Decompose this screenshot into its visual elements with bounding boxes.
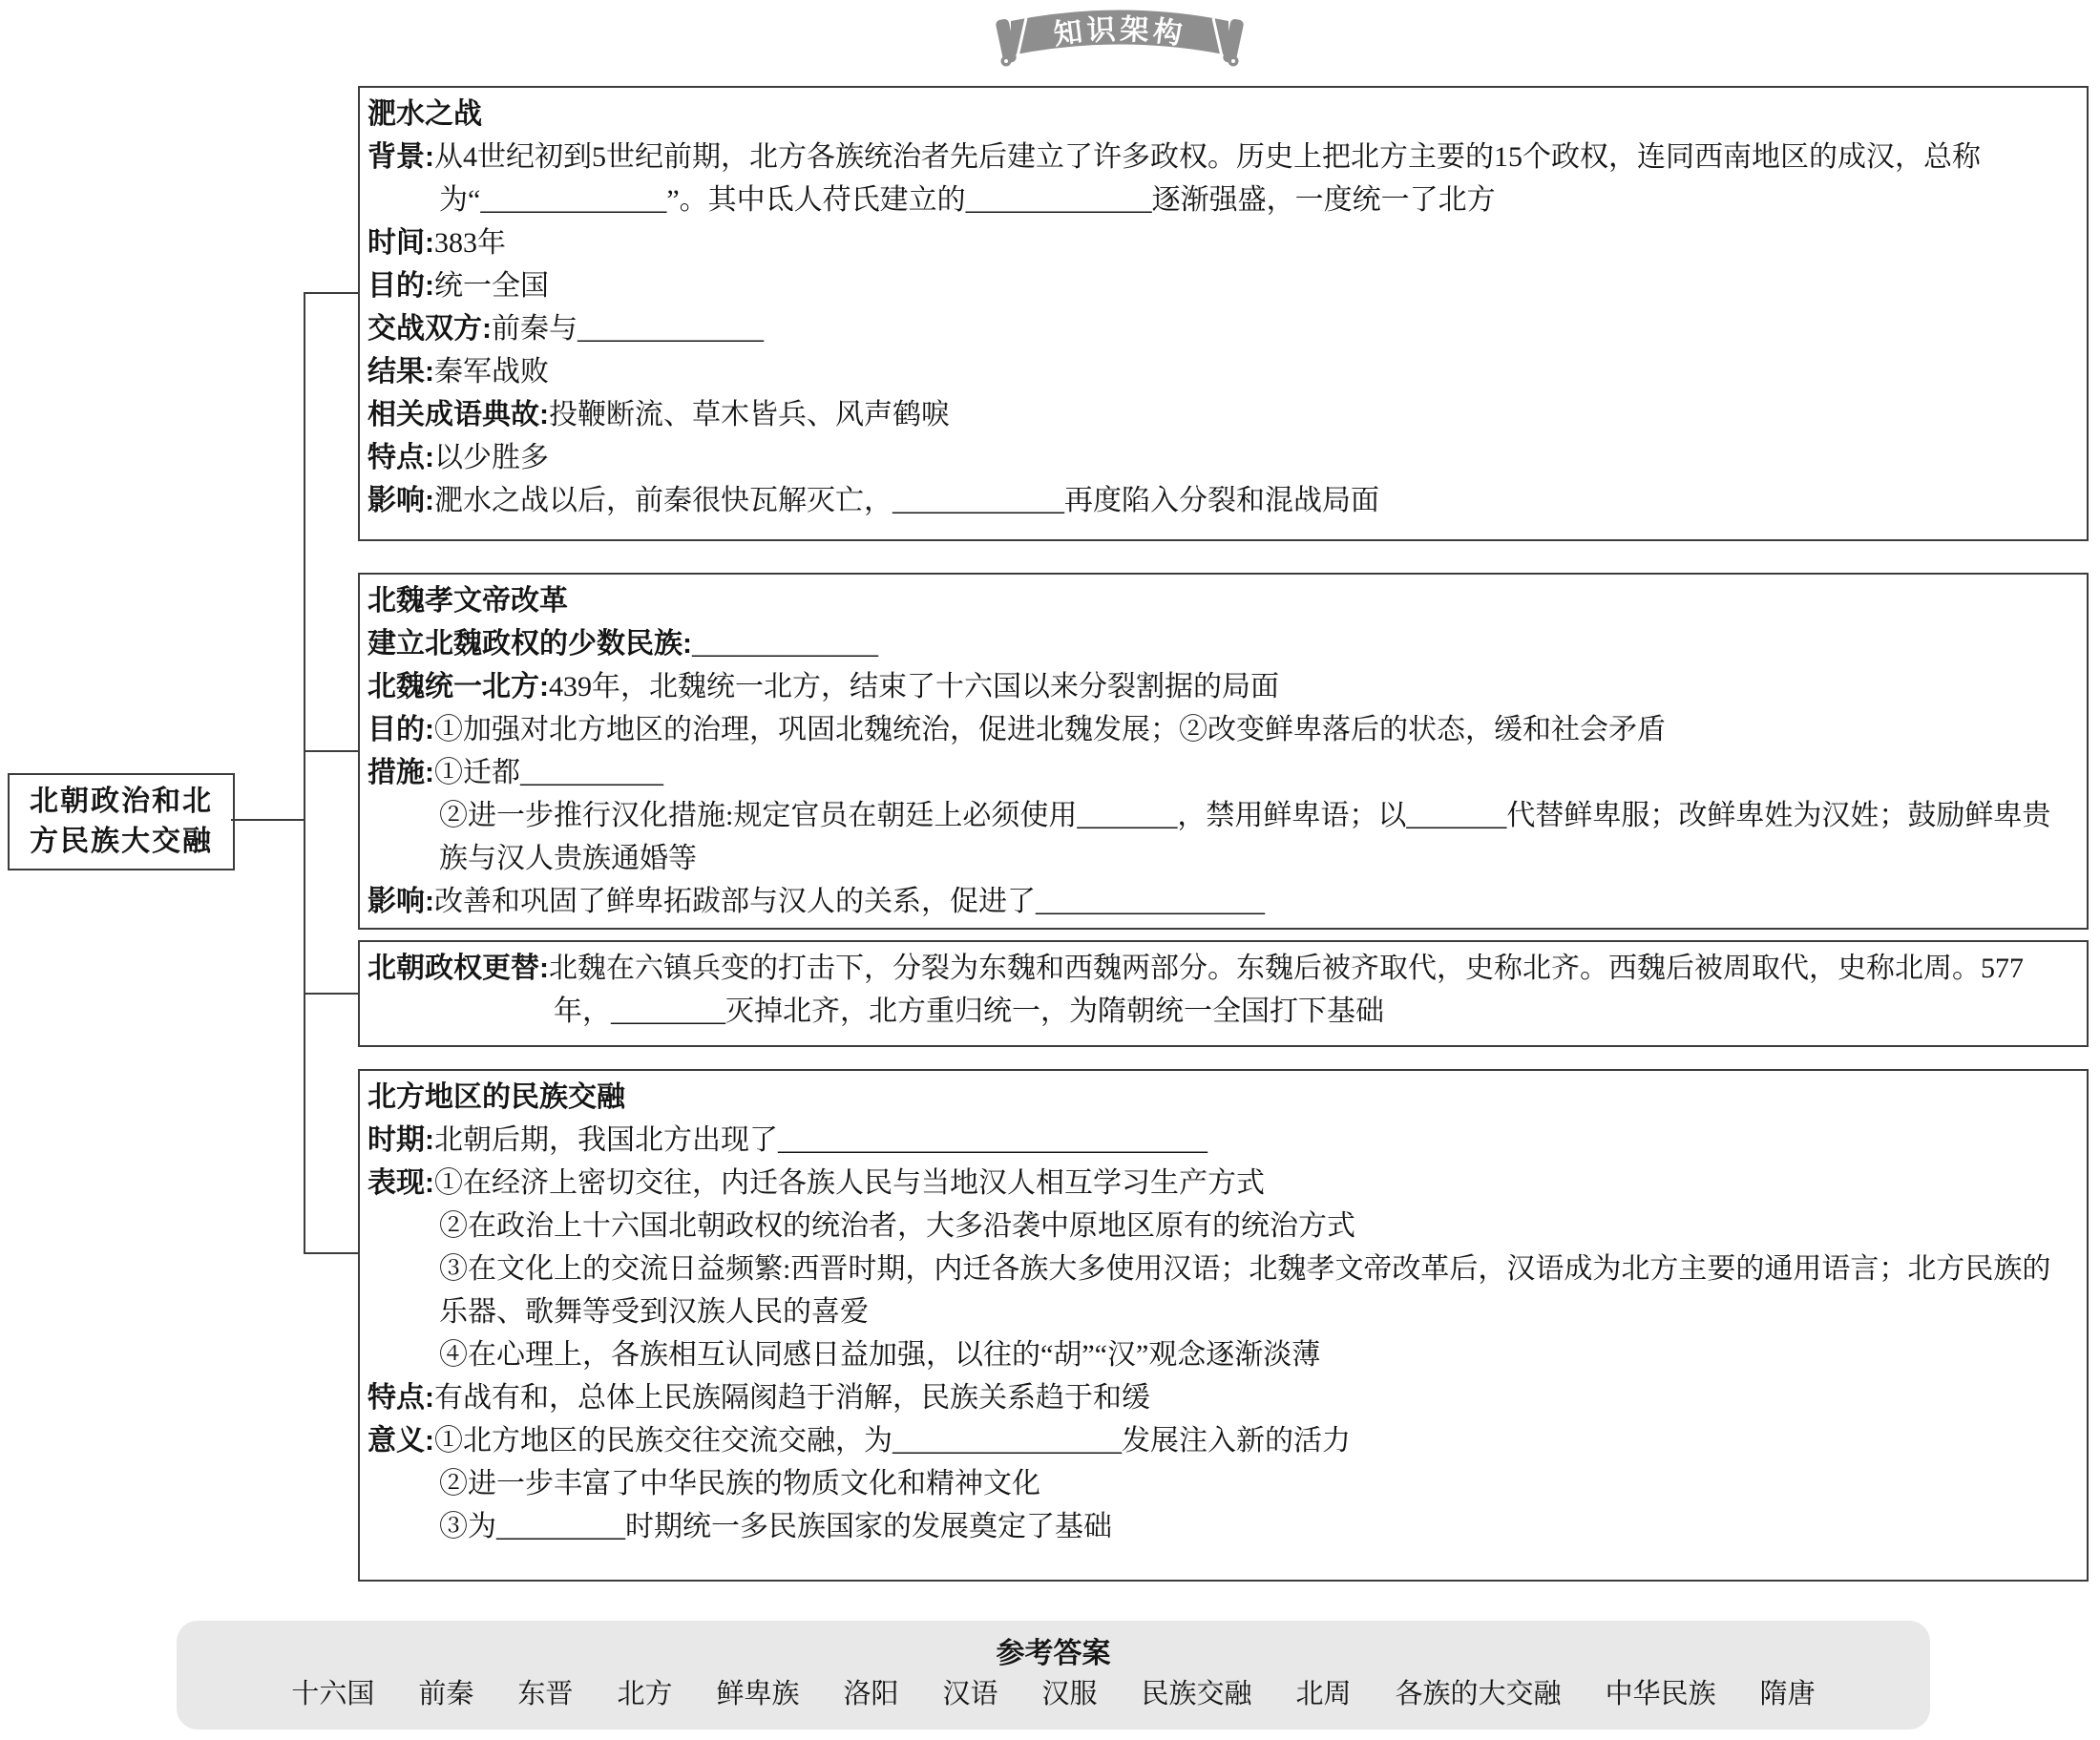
entry-label: 北魏孝文帝改革	[367, 585, 568, 617]
connector-trunk-vertical	[304, 292, 305, 1254]
entry-text: _____________	[692, 628, 878, 660]
root-topic-box: 北朝政治和北 方民族大交融	[8, 773, 235, 870]
entry-text: ③在文化上的交流日益频繁:西晋时期，内迁各族大多使用汉语；北魏孝文帝改革后，汉语…	[439, 1253, 2050, 1328]
answer-item: 十六国	[291, 1673, 374, 1715]
entry-text: 从4世纪初到5世纪前期，北方各族统治者先后建立了许多政权。历史上把北方主要的15…	[434, 141, 1981, 216]
entry-label: 北方地区的民族交融	[367, 1081, 625, 1113]
entry-text: ①北方地区的民族交往交流交融，为________________发展注入新的活力	[434, 1425, 1351, 1457]
entry-text: ②进一步推行汉化措施:规定官员在朝廷上必须使用_______，禁用鲜卑语；以__…	[439, 800, 2050, 874]
answer-item: 中华民族	[1606, 1673, 1716, 1715]
entry-text: ①加强对北方地区的治理，巩固北魏统治，促进北魏发展；②改变鲜卑落后的状态，缓和社…	[434, 714, 1666, 745]
entry-line: 目的:统一全国	[367, 264, 2079, 307]
entry-line: 淝水之战	[367, 93, 2079, 136]
connector-branch-2	[304, 750, 360, 752]
entry-line: 目的:①加强对北方地区的治理，巩固北魏统治，促进北魏发展；②改变鲜卑落后的状态，…	[367, 708, 2079, 751]
entry-line: ④在心理上，各族相互认同感日益加强，以往的“胡”“汉”观念逐渐淡薄	[367, 1333, 2079, 1376]
answer-item: 汉语	[942, 1673, 997, 1715]
entry-label: 特点:	[367, 442, 434, 473]
entry-text: 改善和巩固了鲜卑拓跋部与汉人的关系，促进了________________	[434, 886, 1265, 917]
answer-item: 汉服	[1042, 1673, 1098, 1715]
entry-line: ②在政治上十六国北朝政权的统治者，大多沿袭中原地区原有的统治方式	[367, 1205, 2079, 1247]
reference-answers-panel: 参考答案 十六国前秦东晋北方鲜卑族洛阳汉语汉服民族交融北周各族的大交融中华民族隋…	[177, 1621, 1930, 1730]
entry-line: ②进一步推行汉化措施:规定官员在朝廷上必须使用_______，禁用鲜卑语；以__…	[367, 794, 2079, 880]
answer-item: 隋唐	[1760, 1673, 1816, 1715]
answer-item: 各族的大交融	[1396, 1673, 1562, 1715]
answer-item: 东晋	[517, 1673, 573, 1715]
box-feishui-battle: 淝水之战背景:从4世纪初到5世纪前期，北方各族统治者先后建立了许多政权。历史上把…	[358, 86, 2089, 541]
entry-text: ③为_________时期统一多民族国家的发展奠定了基础	[439, 1511, 1112, 1542]
answer-item: 民族交融	[1142, 1673, 1252, 1715]
entry-label: 目的:	[367, 714, 434, 745]
entry-line: 北魏统一北方:439年，北魏统一北方，结束了十六国以来分裂割据的局面	[367, 665, 2079, 708]
root-topic-line2: 方民族大交融	[30, 822, 213, 862]
entry-line: 建立北魏政权的少数民族:_____________	[367, 622, 2079, 665]
entry-line: ③为_________时期统一多民族国家的发展奠定了基础	[367, 1505, 2079, 1548]
entry-label: 影响:	[367, 485, 434, 516]
entry-text: 以少胜多	[434, 442, 549, 473]
entry-line: 影响:改善和巩固了鲜卑拓跋部与汉人的关系，促进了________________	[367, 880, 2079, 923]
entry-label: 影响:	[367, 886, 434, 917]
answers-title: 参考答案	[997, 1635, 1111, 1673]
knowledge-structure-badge: 知识架构	[988, 6, 1251, 71]
entry-line: 措施:①迁都__________	[367, 751, 2079, 794]
entry-label: 建立北魏政权的少数民族:	[367, 628, 692, 660]
entry-label: 结果:	[367, 356, 434, 388]
entry-label: 措施:	[367, 757, 434, 788]
entry-line: 表现:①在经济上密切交往，内迁各族人民与当地汉人相互学习生产方式	[367, 1162, 2079, 1205]
entry-text: ①在经济上密切交往，内迁各族人民与当地汉人相互学习生产方式	[434, 1167, 1265, 1199]
entry-line: ②进一步丰富了中华民族的物质文化和精神文化	[367, 1462, 2079, 1505]
entry-label: 时间:	[367, 227, 434, 259]
entry-label: 时期:	[367, 1124, 434, 1156]
entry-label: 背景:	[367, 141, 434, 173]
entry-text: 有战有和，总体上民族隔阂趋于消解，民族关系趋于和缓	[434, 1382, 1150, 1414]
entry-label: 目的:	[367, 270, 434, 302]
entry-line: 背景:从4世纪初到5世纪前期，北方各族统治者先后建立了许多政权。历史上把北方主要…	[367, 136, 2079, 221]
banner-ribbon-icon: 知识架构	[988, 6, 1251, 71]
entry-line: 特点:以少胜多	[367, 436, 2079, 479]
connector-root-horizontal	[231, 819, 304, 821]
entry-line: 相关成语典故:投鞭断流、草木皆兵、风声鹤唳	[367, 393, 2079, 436]
box-regime-succession: 北朝政权更替:北魏在六镇兵变的打击下，分裂为东魏和西魏两部分。东魏后被齐取代，史…	[358, 940, 2089, 1047]
answers-list: 十六国前秦东晋北方鲜卑族洛阳汉语汉服民族交融北周各族的大交融中华民族隋唐	[291, 1673, 1815, 1715]
entry-text: 383年	[434, 227, 506, 259]
answer-item: 鲜卑族	[716, 1673, 799, 1715]
entry-label: 意义:	[367, 1425, 434, 1457]
entry-line: ③在文化上的交流日益频繁:西晋时期，内迁各族大多使用汉语；北魏孝文帝改革后，汉语…	[367, 1247, 2079, 1333]
box-ethnic-integration: 北方地区的民族交融时期:北朝后期，我国北方出现了________________…	[358, 1069, 2089, 1582]
entry-line: 结果:秦军战败	[367, 350, 2079, 393]
entry-line: 意义:①北方地区的民族交往交流交融，为________________发展注入新…	[367, 1419, 2079, 1462]
entry-text: 439年，北魏统一北方，结束了十六国以来分裂割据的局面	[549, 671, 1279, 702]
connector-branch-3	[304, 993, 360, 995]
entry-text: 秦军战败	[434, 356, 549, 388]
entry-line: 时期:北朝后期，我国北方出现了_________________________…	[367, 1119, 2079, 1162]
entry-line: 交战双方:前秦与_____________	[367, 307, 2079, 350]
connector-branch-1	[304, 292, 360, 294]
entry-text: ②进一步丰富了中华民族的物质文化和精神文化	[439, 1468, 1040, 1499]
entry-text: ①迁都__________	[434, 757, 663, 788]
entry-text: 统一全国	[434, 270, 549, 302]
entry-label: 淝水之战	[367, 98, 482, 130]
entry-line: 时间:383年	[367, 221, 2079, 264]
answer-item: 北方	[617, 1673, 672, 1715]
entry-label: 特点:	[367, 1382, 434, 1414]
entry-text: 投鞭断流、草木皆兵、风声鹤唳	[549, 399, 950, 430]
answer-item: 前秦	[418, 1673, 473, 1715]
entry-label: 交战双方:	[367, 313, 492, 345]
entry-text: 前秦与_____________	[492, 313, 764, 345]
entry-line: 北魏孝文帝改革	[367, 579, 2079, 622]
root-topic-line1: 北朝政治和北	[30, 782, 213, 822]
connector-branch-4	[304, 1252, 360, 1254]
answer-item: 洛阳	[843, 1673, 898, 1715]
entry-line: 影响:淝水之战以后，前秦很快瓦解灭亡，____________再度陷入分裂和混战…	[367, 479, 2079, 522]
entry-text: 北魏在六镇兵变的打击下，分裂为东魏和西魏两部分。东魏后被齐取代，史称北齐。西魏后…	[549, 953, 2024, 1027]
entry-text: ②在政治上十六国北朝政权的统治者，大多沿袭中原地区原有的统治方式	[439, 1210, 1355, 1242]
entry-text: 北朝后期，我国北方出现了____________________________…	[434, 1124, 1207, 1156]
entry-line: 北方地区的民族交融	[367, 1076, 2079, 1119]
answer-item: 北周	[1296, 1673, 1352, 1715]
entry-label: 北朝政权更替:	[367, 953, 549, 984]
entry-text: 淝水之战以后，前秦很快瓦解灭亡，____________再度陷入分裂和混战局面	[434, 485, 1379, 516]
box-xiaowendi-reform: 北魏孝文帝改革建立北魏政权的少数民族:_____________北魏统一北方:4…	[358, 573, 2089, 930]
entry-label: 相关成语典故:	[367, 399, 549, 430]
entry-line: 特点:有战有和，总体上民族隔阂趋于消解，民族关系趋于和缓	[367, 1376, 2079, 1419]
entry-label: 北魏统一北方:	[367, 671, 549, 702]
entry-label: 表现:	[367, 1167, 434, 1199]
entry-line: 北朝政权更替:北魏在六镇兵变的打击下，分裂为东魏和西魏两部分。东魏后被齐取代，史…	[367, 947, 2079, 1033]
knowledge-structure-page: 知识架构 北朝政治和北 方民族大交融 淝水之战背景:从4世纪初到5世纪前期，北方…	[0, 0, 2100, 1740]
entry-text: ④在心理上，各族相互认同感日益加强，以往的“胡”“汉”观念逐渐淡薄	[439, 1339, 1320, 1371]
